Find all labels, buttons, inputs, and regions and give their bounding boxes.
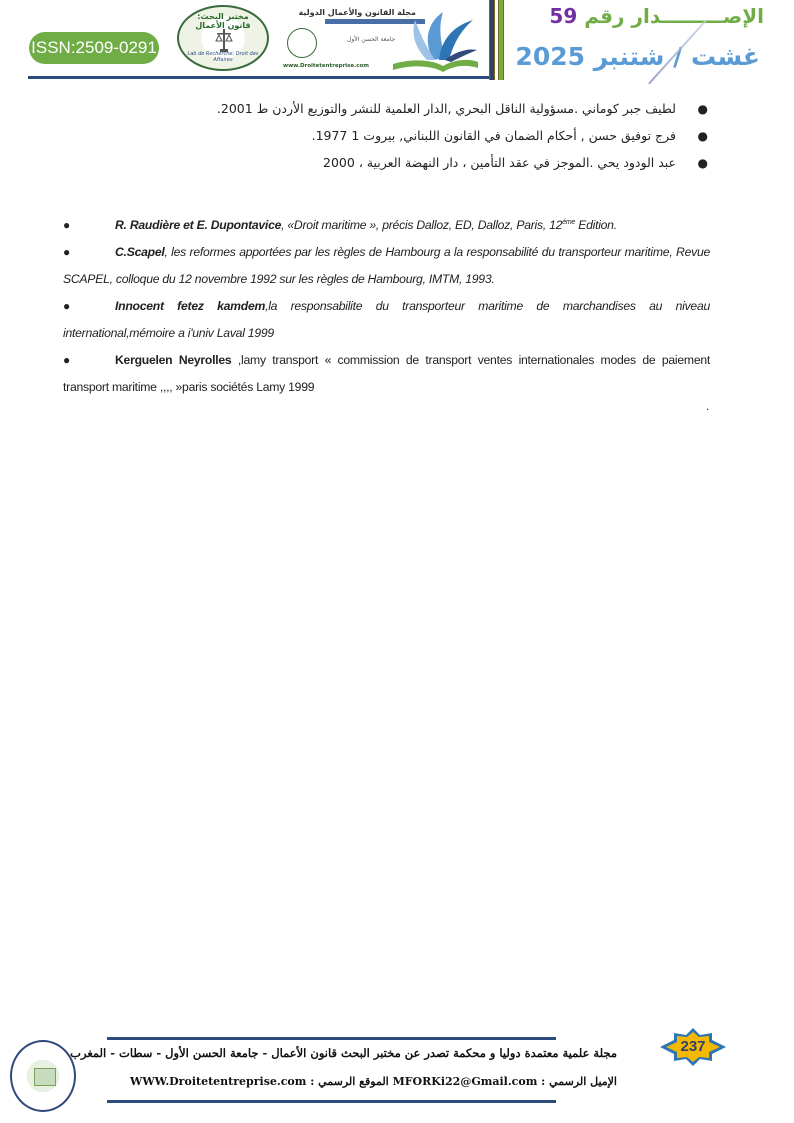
issue-number: 59 — [549, 4, 577, 28]
journal-seal-icon — [287, 28, 317, 58]
header-divider — [28, 76, 490, 79]
reference-text: لطيف جبر كوماني .مسؤولية الناقل البحري ,… — [217, 101, 676, 116]
footer-contact-line: الإميل الرسمي : MFORKi22@Gmail.com الموق… — [130, 1075, 617, 1088]
french-reference-item: ●C.Scapel, les reformes apportées par le… — [63, 239, 710, 293]
arabic-reference-item: ● فرج توفيق حسن , أحكام الضمان في القانو… — [148, 125, 708, 152]
french-reference-item: ●R. Raudière et E. Dupontavice, «Droit m… — [63, 209, 710, 239]
issue-label: الإصـــــــــدار رقم — [584, 4, 764, 28]
scales-of-justice-icon — [215, 27, 233, 53]
footer-seal-logo — [10, 1040, 76, 1112]
footer-divider-top — [107, 1037, 556, 1040]
website-link[interactable]: WWW.Droitetentreprise.com — [130, 1075, 306, 1088]
bullet-icon: ● — [698, 152, 708, 174]
arabic-references-list: ● لطيف جبر كوماني .مسؤولية الناقل البحري… — [148, 98, 708, 179]
bullet-icon: ● — [63, 239, 115, 266]
reference-tail: Edition. — [575, 218, 617, 232]
header-vertical-bar-green — [498, 0, 504, 80]
bullet-icon: ● — [63, 293, 115, 320]
french-references-list: ●R. Raudière et E. Dupontavice, «Droit m… — [63, 209, 710, 401]
issue-number-line: الإصـــــــــدار رقم 59 — [549, 4, 764, 28]
bullet-icon: ● — [63, 347, 115, 374]
email-link[interactable]: MFORKi22@Gmail.com — [393, 1075, 538, 1088]
footer-divider-bottom — [107, 1100, 556, 1103]
journal-logo: مجلة القانون والأعمال الدولية جامعة الحس… — [283, 6, 478, 72]
issue-date: غشت / شتنبر 2025 — [515, 42, 760, 71]
reference-author: R. Raudière et E. Dupontavice — [115, 218, 281, 232]
arabic-reference-item: ● عبد الودود يحي .الموجز في عقد التأمين … — [148, 152, 708, 179]
arabic-reference-item: ● لطيف جبر كوماني .مسؤولية الناقل البحري… — [148, 98, 708, 125]
page-number: 237 — [660, 1028, 726, 1066]
reference-author: Innocent fetez kamdem — [115, 299, 265, 313]
trailing-period: . — [706, 402, 709, 413]
book-leaves-icon — [393, 10, 478, 72]
reference-superscript: éme — [562, 219, 575, 226]
issn-badge: ISSN:2509-0291 — [29, 32, 159, 64]
reference-text: فرج توفيق حسن , أحكام الضمان في القانون … — [312, 128, 676, 143]
website-label: الموقع الرسمي : — [306, 1075, 392, 1088]
journal-url: www.Droitetentreprise.com — [283, 63, 369, 69]
reference-text: , «Droit maritime », précis Dalloz, ED, … — [281, 218, 562, 232]
french-reference-item: ●Innocent fetez kamdem,la responsabilite… — [63, 293, 710, 347]
reference-author: C.Scapel — [115, 245, 164, 259]
lab-logo: مختبر البحث: قانون الأعمال Lab de Recher… — [177, 5, 269, 71]
bullet-icon: ● — [63, 212, 115, 239]
header-vertical-bar-navy — [489, 0, 495, 80]
bullet-icon: ● — [698, 125, 708, 147]
french-reference-item: ●Kerguelen Neyrolles ,lamy transport « c… — [63, 347, 710, 401]
page-number-badge: 237 — [660, 1028, 726, 1066]
journal-university: جامعة الحسن الأول — [347, 36, 395, 43]
bullet-icon: ● — [698, 98, 708, 120]
footer-journal-description: مجلة علمية معتمدة دوليا و محكمة تصدر عن … — [70, 1046, 617, 1060]
email-label: الإميل الرسمي : — [537, 1075, 617, 1088]
lab-logo-latin-text: Lab de Recherche: Droit des Affaires — [185, 51, 261, 63]
seal-emblem-icon — [34, 1068, 56, 1086]
reference-author: Kerguelen Neyrolles — [115, 353, 231, 367]
reference-text: عبد الودود يحي .الموجز في عقد التأمين ، … — [323, 155, 676, 170]
